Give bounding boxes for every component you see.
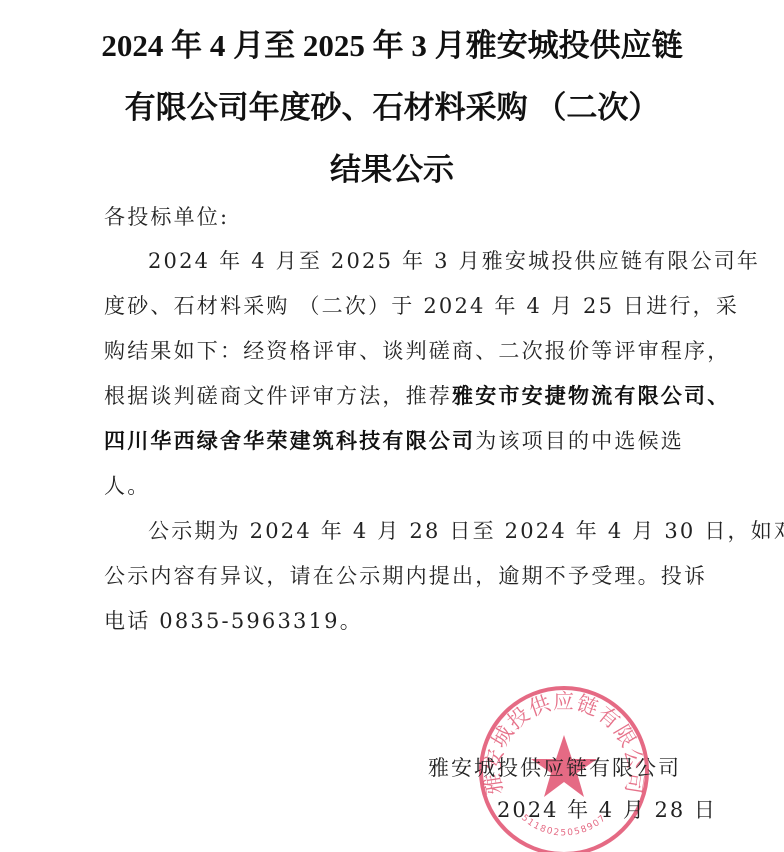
winner-2: 四川华西绿舍华荣建筑科技有限公司 (104, 428, 475, 453)
paragraph1-line2: 度砂、石材料采购 （二次）于 2024 年 4 月 25 日进行，采 (104, 290, 704, 320)
salutation: 各投标单位: (104, 201, 704, 231)
candidate-text: 为该项目的中选候选 (475, 429, 684, 453)
paragraph1-line3: 购结果如下：经资格评审、谈判磋商、二次报价等评审程序， (104, 335, 704, 365)
signature-company: 雅安城投供应链有限公司 (428, 752, 681, 782)
signature-date: 2024 年 4 月 28 日 (497, 794, 717, 824)
title-line-1: 2024 年 4 月至 2025 年 3 月雅安城投供应链 (0, 20, 784, 65)
paragraph1-line1: 2024 年 4 月至 2025 年 3 月雅安城投供应链有限公司年 (148, 245, 748, 275)
recommend-text: 根据谈判磋商文件评审方法，推荐 (104, 384, 452, 408)
paragraph1-line4: 根据谈判磋商文件评审方法，推荐雅安市安捷物流有限公司、 (104, 380, 704, 410)
paragraph1-line5: 四川华西绿舍华荣建筑科技有限公司为该项目的中选候选 (104, 425, 704, 455)
winner-1: 雅安市安捷物流有限公司、 (452, 383, 730, 408)
title-line-3: 结果公示 (0, 144, 784, 189)
paragraph2-line1: 公示期为 2024 年 4 月 28 日至 2024 年 4 月 30 日，如对 (148, 515, 748, 545)
paragraph2-line2: 公示内容有异议，请在公示期内提出，逾期不予受理。投诉 (104, 560, 704, 590)
title-line-2: 有限公司年度砂、石材料采购 （二次） (0, 82, 784, 127)
paragraph2-line3: 电话 0835-5963319。 (104, 605, 704, 635)
paragraph1-line6: 人。 (104, 470, 704, 500)
